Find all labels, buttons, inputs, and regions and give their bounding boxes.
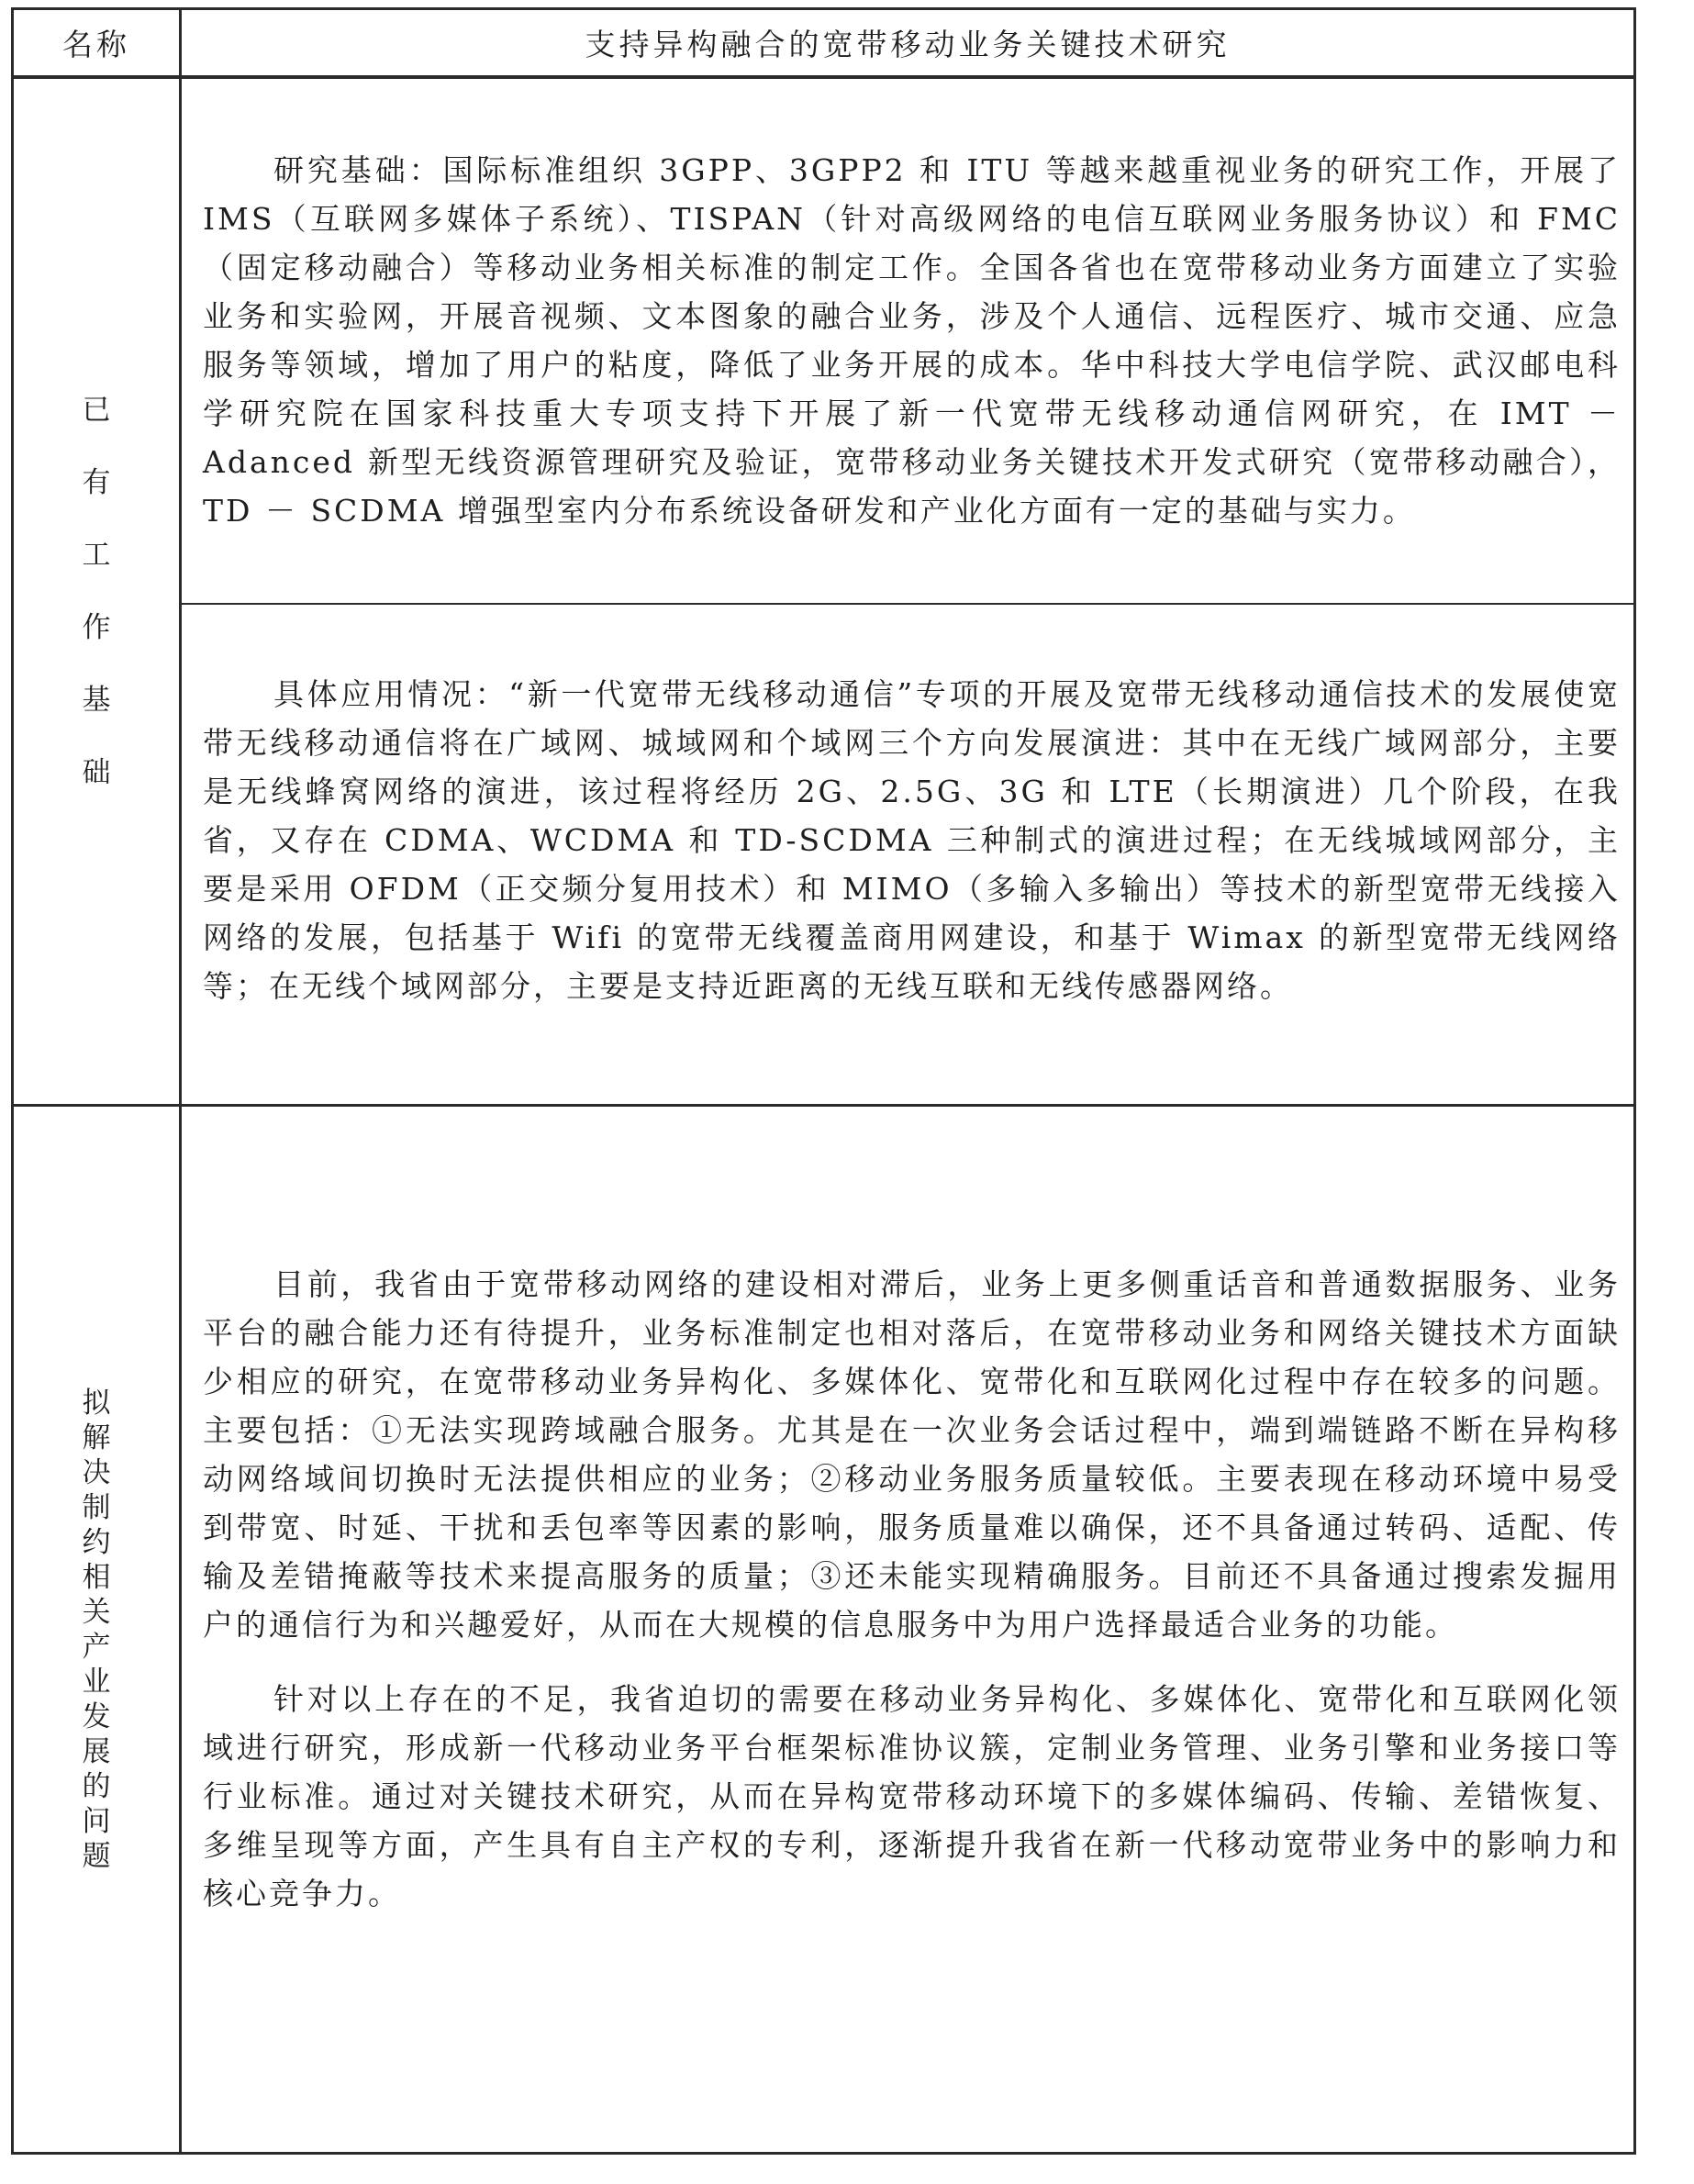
label-char: 工 (83, 541, 111, 570)
label-char: 制 (83, 1494, 111, 1522)
label-column-divider (179, 10, 182, 2152)
label-char: 作 (83, 614, 111, 642)
label-char: 产 (83, 1633, 111, 1662)
label-char: 础 (83, 759, 111, 787)
project-table: 名称 支持异构融合的宽带移动业务关键技术研究 已 有 工 作 基 础 拟 解 决… (11, 7, 1636, 2155)
header-label-cell: 名称 (14, 10, 179, 75)
section-divider (14, 1104, 1633, 1107)
problems-block: 目前，我省由于宽带移动网络的建设相对滞后，业务上更多侧重话音和普通数据服务、业务… (203, 1260, 1621, 1918)
header-title-cell: 支持异构融合的宽带移动业务关键技术研究 (182, 10, 1633, 75)
label-char: 约 (83, 1529, 111, 1557)
label-char: 拟 (83, 1389, 111, 1418)
application-status-paragraph: 具体应用情况：“新一代宽带无线移动通信”专项的开展及宽带无线移动通信技术的发展使… (203, 670, 1621, 1010)
label-char: 解 (83, 1424, 111, 1453)
label-char: 的 (83, 1773, 111, 1801)
label-char: 展 (83, 1738, 111, 1766)
label-char: 问 (83, 1808, 111, 1836)
label-char: 相 (83, 1564, 111, 1592)
label-char: 关 (83, 1599, 111, 1627)
section-label-existing-work: 已 有 工 作 基 础 (14, 79, 179, 1104)
research-basis-block: 研究基础：国际标准组织 3GPP、3GPP2 和 ITU 等越来越重视业务的研究… (203, 146, 1621, 535)
solution-paragraph: 针对以上存在的不足，我省迫切的需要在移动业务异构化、多媒体化、宽带化和互联网化领… (203, 1675, 1621, 1918)
application-status-block: 具体应用情况：“新一代宽带无线移动通信”专项的开展及宽带无线移动通信技术的发展使… (203, 670, 1621, 1010)
label-char: 基 (83, 686, 111, 715)
label-char: 业 (83, 1668, 111, 1697)
header-divider (14, 75, 1633, 79)
label-char: 有 (83, 469, 111, 497)
research-basis-paragraph: 研究基础：国际标准组织 3GPP、3GPP2 和 ITU 等越来越重视业务的研究… (203, 146, 1621, 535)
project-title: 支持异构融合的宽带移动业务关键技术研究 (585, 21, 1231, 64)
label-char: 决 (83, 1459, 111, 1488)
label-char: 已 (83, 396, 111, 425)
label-char: 发 (83, 1703, 111, 1732)
subsection-divider (179, 603, 1636, 605)
problems-paragraph: 目前，我省由于宽带移动网络的建设相对滞后，业务上更多侧重话音和普通数据服务、业务… (203, 1260, 1621, 1649)
label-char: 题 (83, 1843, 111, 1871)
section-label-problems: 拟 解 决 制 约 相 关 产 业 发 展 的 问 题 (14, 1107, 179, 2153)
header-label: 名称 (62, 21, 130, 64)
